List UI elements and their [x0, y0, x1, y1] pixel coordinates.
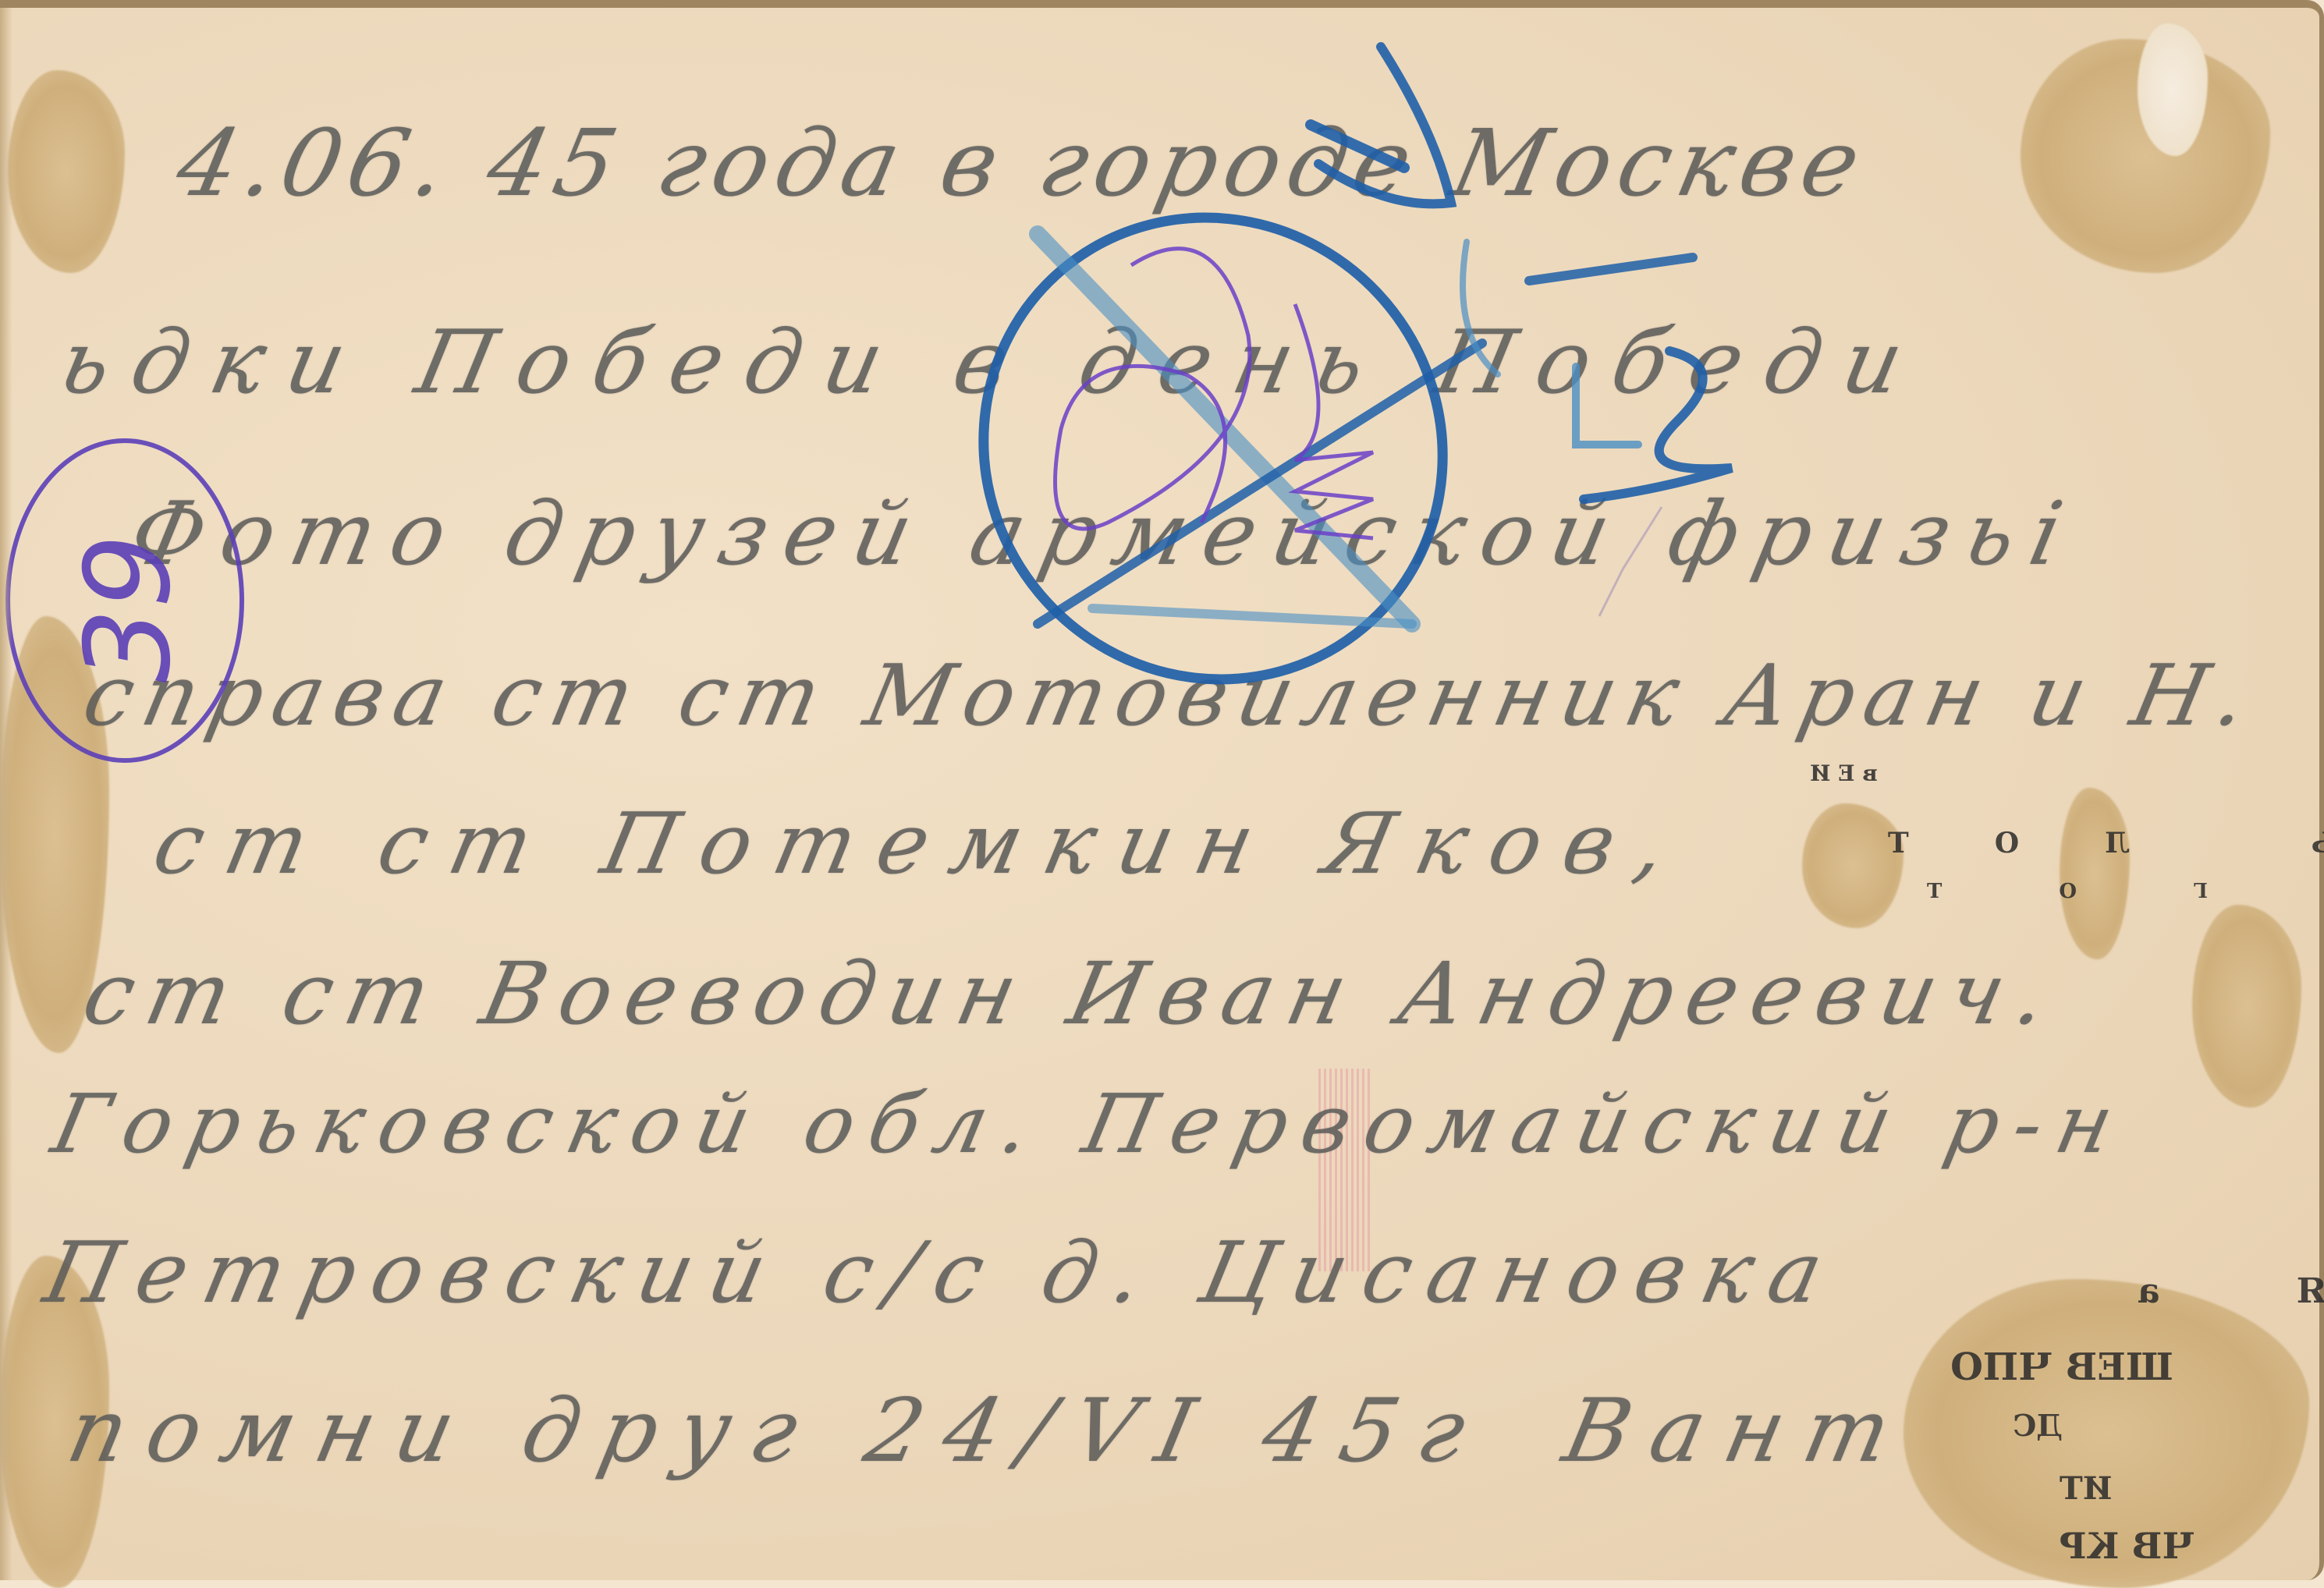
inscription-line-2: ьдки Победи в день Победи: [51, 312, 1935, 413]
paper-residue-right-edge: [2192, 905, 2301, 1108]
inscription-line-9: помни друг 24/VI 45г Вант: [59, 1381, 1921, 1482]
print-fragment: ДС: [2013, 1408, 2063, 1443]
circled-number-39: 39: [0, 495, 269, 721]
print-fragment: в Е И: [1810, 760, 1878, 786]
inscription-line-8: Петровский с/с д. Цисановка: [37, 1225, 1848, 1322]
inscription-closing: помни друг 24/VI 45г: [59, 1381, 1496, 1482]
print-fragment: ШЕВ ЧПО: [1950, 1345, 2173, 1389]
paper-residue-right-middle-2: [2060, 788, 2130, 959]
paper-residue-top-left: [8, 70, 125, 273]
print-fragment: Ш ГОТ: [1810, 880, 2324, 903]
print-fragment: ЧВ КР: [2060, 1525, 2194, 1567]
print-fragment: ИТ: [2060, 1470, 2113, 1507]
inscription-line-4: справа ст ст Мотовиленник Аран и Н.: [76, 647, 2266, 745]
inscription-line-1: 4.06. 45 года в городе Москве: [168, 109, 1877, 217]
signature: Вант: [1556, 1381, 1921, 1482]
inscription-line-5: ст ст Потемкин Яков,: [146, 796, 1698, 893]
photo-card-reverse: 4.06. 45 года в городе Москве ьдки Побед…: [0, 0, 2324, 1580]
inscription-line-3: Фото друзей армейской фризьі: [122, 484, 2088, 585]
print-fragment: ЕЯ а: [2075, 1271, 2324, 1311]
print-fragment: СНЬ ЛОТ: [1802, 827, 2324, 860]
inscription-line-7: Горьковской обл. Первомайский р-н: [44, 1076, 2137, 1172]
inscription-line-6: ст ст Воеводин Иван Андреевич.: [75, 944, 2070, 1044]
paper-residue-right-middle-1: [1802, 803, 1904, 928]
